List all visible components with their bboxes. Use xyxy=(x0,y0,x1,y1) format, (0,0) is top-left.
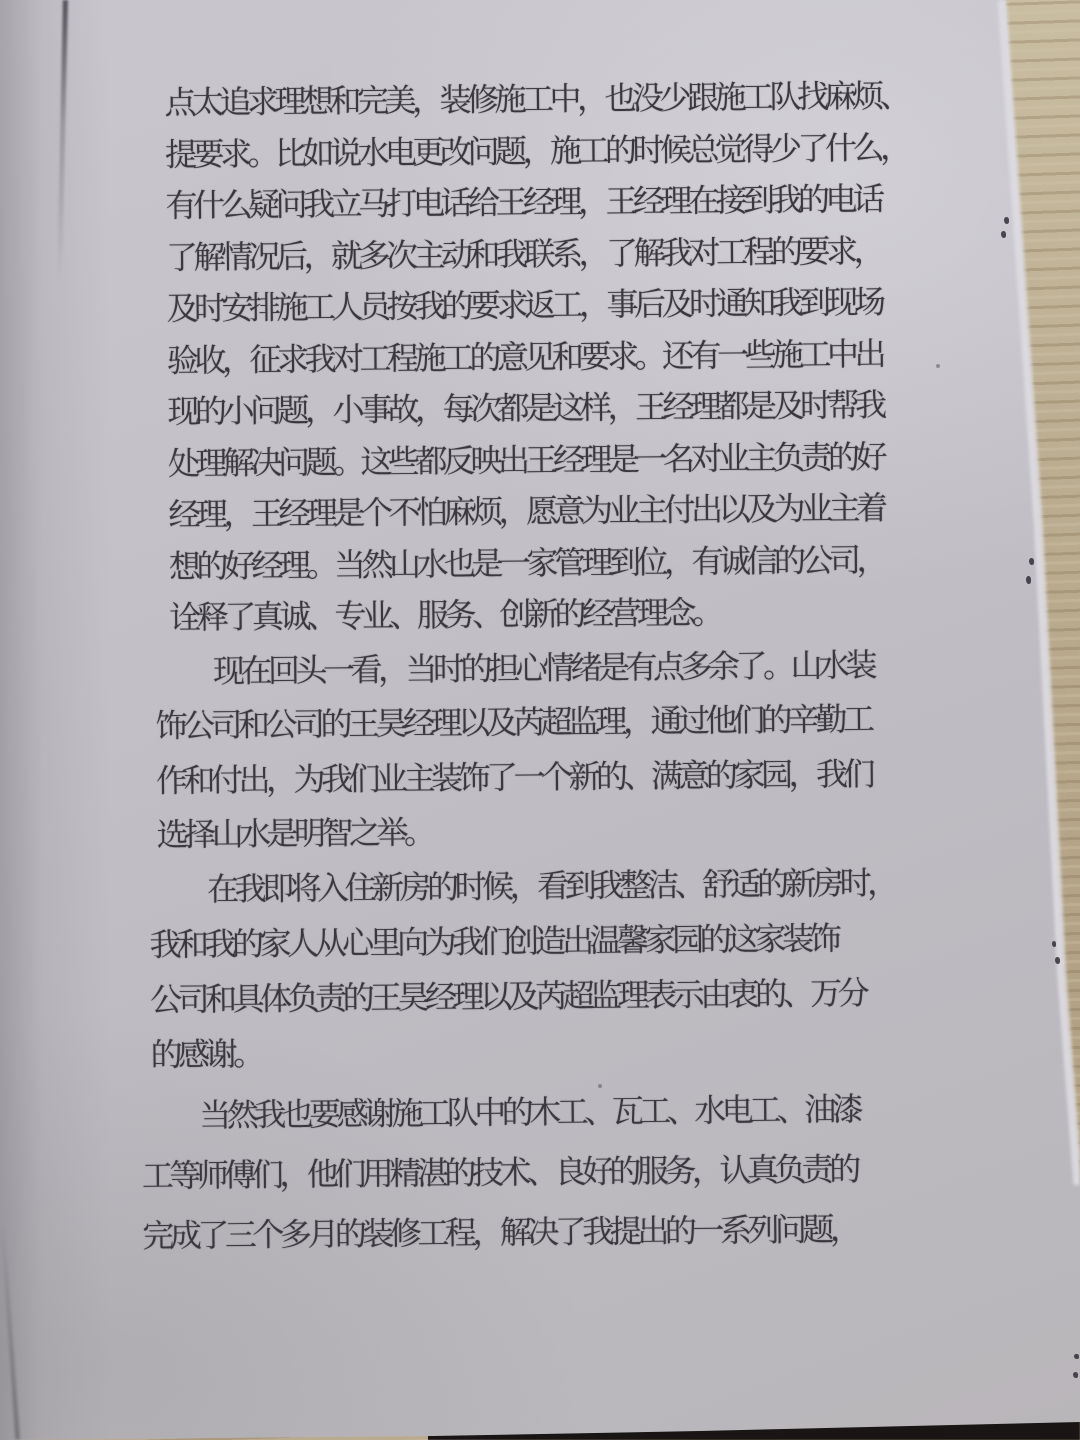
ink-speck xyxy=(1026,576,1031,584)
text-line: 选择山水是明智之举。 xyxy=(156,800,976,862)
ink-speck xyxy=(1029,558,1034,565)
ink-speck xyxy=(1004,217,1009,224)
page-crease-top-left xyxy=(57,0,68,280)
ink-speck xyxy=(1055,957,1060,964)
ink-speck xyxy=(1074,1354,1079,1359)
text-line: 处理解决问题。这些都反映出王经理是一名对业主负责的好 xyxy=(168,430,973,489)
paragraph-3: 在我即将入住新房的时候，看到我整洁、舒适的新房时， 我和我的家人从心里向为我们创… xyxy=(149,854,979,1082)
text-line: 饰公司和公司的王昊经理以及芮超监理，通过他们的辛勤工 xyxy=(155,691,975,753)
text-line: 点太追求理想和完美，装修施工中，也没少跟施工队找麻烦、 xyxy=(164,70,969,129)
text-line: 有什么疑问我立马打电话给王经理，王经理在接到我的电话 xyxy=(165,173,970,232)
text-line: 在我即将入住新房的时候，看到我整洁、舒适的新房时， xyxy=(149,854,977,917)
document-page: 点太追求理想和完美，装修施工中，也没少跟施工队找麻烦、 提要求。比如说水电更改问… xyxy=(0,0,1080,1440)
text-line: 的感谢。 xyxy=(150,1019,978,1082)
letter-body: 点太追求理想和完美，装修施工中，也没少跟施工队找麻烦、 提要求。比如说水电更改问… xyxy=(129,70,980,1266)
text-line: 想的好经理。当然山水也是一家管理到位，有诚信的公司， xyxy=(169,533,974,592)
text-line: 现在回头一看，当时的担心情绪是有点多余了。山水装 xyxy=(155,636,975,698)
text-line: 作和付出，为我们业主装饰了一个新的、满意的家园，我们 xyxy=(156,745,976,807)
ink-speck xyxy=(1073,1372,1078,1378)
page-crease-bottom-left xyxy=(0,1220,19,1440)
photo-of-document: 点太追求理想和完美，装修施工中，也没少跟施工队找麻烦、 提要求。比如说水电更改问… xyxy=(0,0,1080,1440)
paragraph-1: 点太追求理想和完美，装修施工中，也没少跟施工队找麻烦、 提要求。比如说水电更改问… xyxy=(164,70,974,644)
text-line: 工等师傅们，他们用精湛的技术、良好的服务，认真负责的 xyxy=(142,1137,981,1205)
text-line: 及时安排施工人员按我的要求返工，事后及时通知我到现场 xyxy=(166,276,971,335)
ink-speck xyxy=(1052,941,1056,947)
paragraph-4: 当然我也要感谢施工队中的木工、瓦工、水电工、油漆 工等师傅们，他们用精湛的技术、… xyxy=(141,1077,981,1265)
text-line: 了解情况后，就多次主动和我联系，了解我对工程的要求， xyxy=(166,224,971,283)
paragraph-2: 现在回头一看，当时的担心情绪是有点多余了。山水装 饰公司和公司的王昊经理以及芮超… xyxy=(155,636,977,862)
text-line: 公司和具体负责的王昊经理以及芮超监理表示由衷的、万分 xyxy=(150,964,978,1027)
dust-speck xyxy=(936,364,940,368)
text-line: 验收，征求我对工程施工的意见和要求。还有一些施工中出 xyxy=(167,327,972,386)
text-line: 当然我也要感谢施工队中的木工、瓦工、水电工、油漆 xyxy=(141,1077,980,1145)
text-line: 经理，王经理是个不怕麻烦，愿意为业主付出以及为业主着 xyxy=(168,482,973,541)
dust-speck xyxy=(598,1084,602,1088)
text-line: 现的小问题，小事故，每次都是这样，王经理都是及时帮我 xyxy=(167,379,972,438)
text-line: 我和我的家人从心里向为我们创造出温馨家园的这家装饰 xyxy=(149,909,977,972)
text-line: 完成了三个多月的装修工程，解决了我提出的一系列问题， xyxy=(142,1197,981,1265)
ink-speck xyxy=(1001,231,1006,238)
text-line: 提要求。比如说水电更改问题，施工的时候总觉得少了什么， xyxy=(165,121,970,180)
text-line: 诠释了真诚、专业、服务、创新的经营理念。 xyxy=(169,585,974,644)
